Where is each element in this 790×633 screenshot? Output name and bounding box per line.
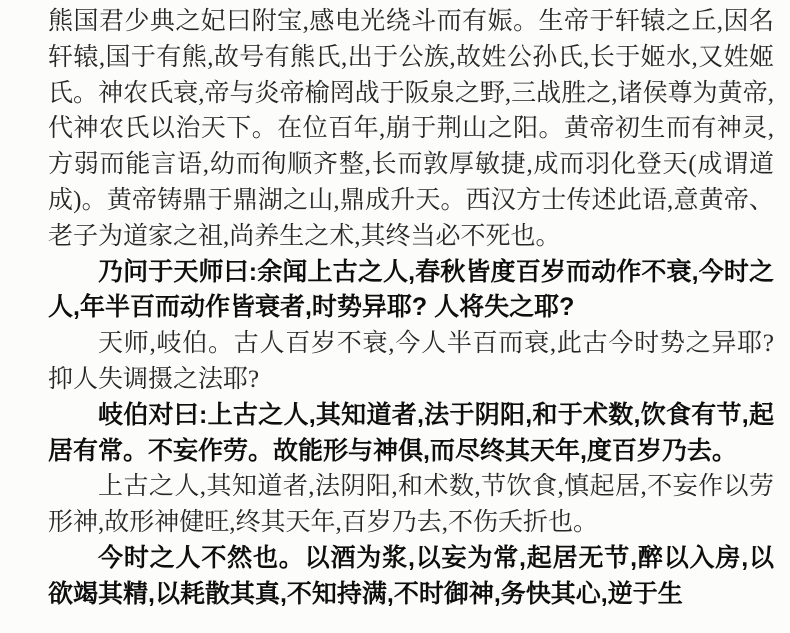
paragraph-commentary-1: 天师,岐伯。古人百岁不衰,今人半百而衰,此古今时势之异耶? 抑人失调摄之法耶? xyxy=(48,326,774,398)
paragraph-scripture-qibo-answer: 岐伯对曰:上古之人,其知道者,法于阴阳,和于术数,饮食有节,起居有常。不妄作劳。… xyxy=(48,398,774,470)
book-page: 熊国君少典之妃曰附宝,感电光绕斗而有娠。生帝于轩辕之丘,因名轩辕,国于有熊,故号… xyxy=(0,0,790,633)
page-text-block: 熊国君少典之妃曰附宝,感电光绕斗而有娠。生帝于轩辕之丘,因名轩辕,国于有熊,故号… xyxy=(48,4,774,613)
paragraph-scripture-modern-people: 今时之人不然也。以酒为浆,以妄为常,起居无节,醉以入房,以欲竭其精,以耗散其真,… xyxy=(48,541,774,613)
paragraph-commentary-2: 上古之人,其知道者,法阴阳,和术数,节饮食,慎起居,不妄作以劳形神,故形神健旺,… xyxy=(48,469,774,541)
paragraph-narrative-intro: 熊国君少典之妃曰附宝,感电光绕斗而有娠。生帝于轩辕之丘,因名轩辕,国于有熊,故号… xyxy=(48,4,774,255)
paragraph-scripture-question: 乃问于天师曰:余闻上古之人,春秋皆度百岁而动作不衰,今时之人,年半百而动作皆衰者… xyxy=(48,255,774,327)
